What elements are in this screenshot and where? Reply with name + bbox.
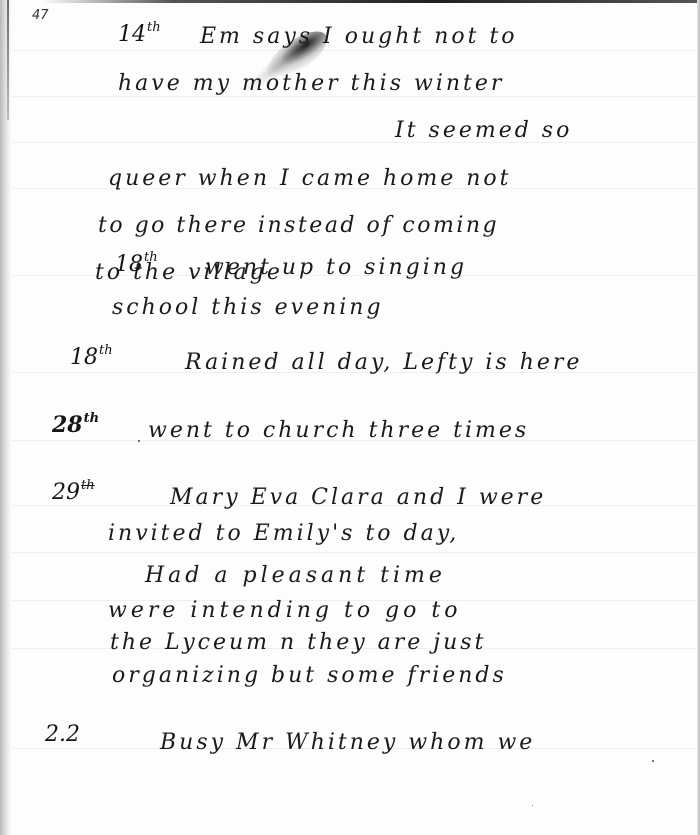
date-suffix: th xyxy=(99,343,113,358)
entry-line: Rained all day, Lefty is here xyxy=(185,352,582,374)
entry-line: organizing but some friends xyxy=(112,665,507,687)
date-number: 18 xyxy=(115,252,143,277)
entry-line: the Lyceum n they are just xyxy=(110,632,486,654)
date-suffix-struck: th xyxy=(81,478,95,493)
ruled-line xyxy=(12,142,698,143)
ruled-line xyxy=(12,50,698,51)
date-suffix: th xyxy=(144,250,158,265)
entry-line: were intending to go to xyxy=(108,600,461,622)
entry-line: Had a pleasant time xyxy=(145,565,446,587)
date-suffix: th xyxy=(147,20,161,35)
date-number: 18 xyxy=(70,345,98,370)
ink-speck xyxy=(532,805,533,806)
entry-line: queer when I came home not xyxy=(108,168,512,190)
entry-date: 18th xyxy=(115,252,158,277)
date-number: 14 xyxy=(118,22,146,47)
entry-date: 29th xyxy=(52,480,95,505)
entry-line: invited to Emily's to day, xyxy=(108,523,459,545)
page-number-mark: 47 xyxy=(32,8,49,23)
entry-line: Busy Mr Whitney whom we xyxy=(160,732,535,754)
entry-date: 28th xyxy=(52,412,99,438)
entry-line: It seemed so xyxy=(395,120,572,142)
date-number: 28 xyxy=(52,412,83,438)
ink-speck xyxy=(138,440,140,442)
diary-page: 47 14th Em says I ought not to have my m… xyxy=(0,0,700,835)
date-number: 29 xyxy=(52,480,80,505)
page-binding-edge xyxy=(0,0,11,835)
date-number: 2.2 xyxy=(45,722,80,747)
ink-speck xyxy=(652,760,654,762)
ruled-line xyxy=(12,96,698,97)
entry-date: 14th xyxy=(118,22,161,47)
page-binding-shadow xyxy=(7,0,9,120)
ruled-line xyxy=(12,552,698,553)
entry-line: went up to singing xyxy=(205,257,467,279)
entry-line: have my mother this winter xyxy=(118,73,504,95)
scan-top-border xyxy=(40,0,700,3)
entry-line: went to church three times xyxy=(148,420,529,442)
entry-line: school this evening xyxy=(112,297,384,319)
date-suffix: th xyxy=(84,411,99,426)
entry-line: Em says I ought not to xyxy=(200,26,518,48)
entry-line: Mary Eva Clara and I were xyxy=(170,487,546,509)
entry-date: 2.2 xyxy=(45,722,80,747)
entry-line: to go there instead of coming xyxy=(98,215,499,237)
entry-date: 18th xyxy=(70,345,113,370)
